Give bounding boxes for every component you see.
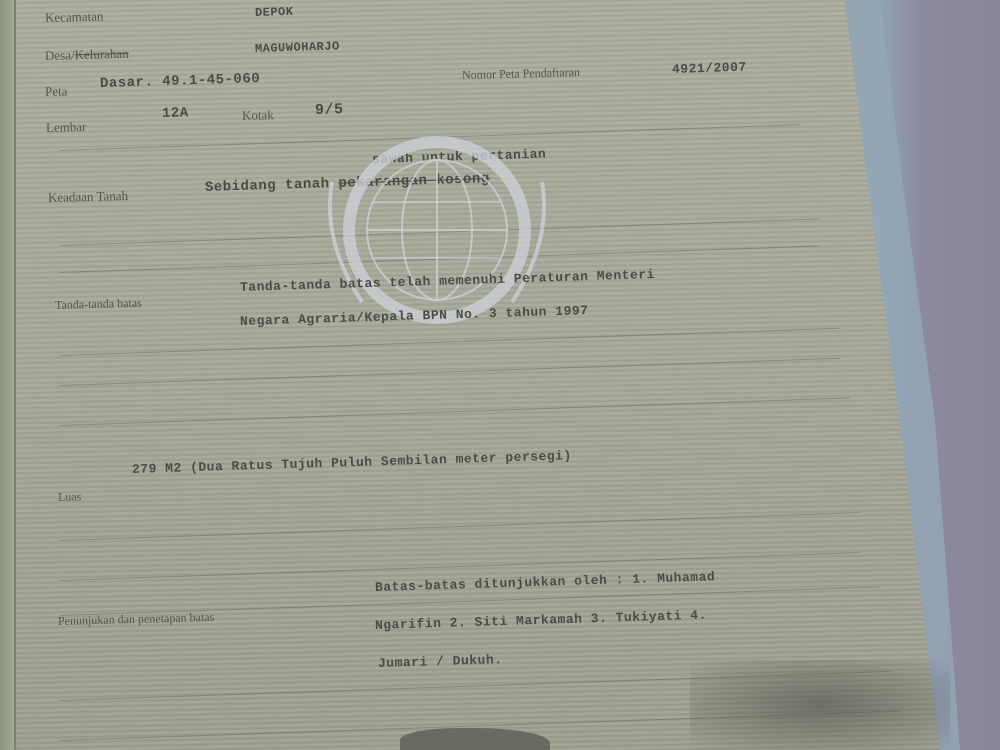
ink-blot	[400, 728, 550, 750]
kecamatan-value: DEPOK	[255, 5, 294, 20]
tanda-batas-label: Tanda-tanda batas	[55, 296, 142, 313]
desa-label-text: Desa/	[45, 47, 75, 63]
kelurahan-struck: Kelurahan	[74, 46, 129, 62]
kotak-label: Kotak	[242, 107, 274, 124]
lembar-label: Lembar	[46, 119, 87, 136]
shadow	[690, 660, 950, 750]
luas-label: Luas	[58, 489, 82, 505]
peta-label: Peta	[45, 83, 68, 100]
kotak-value: 9/5	[315, 101, 344, 119]
desa-label: Desa/Kelurahan	[45, 46, 129, 64]
nomor-peta-value: 4921/2007	[672, 60, 747, 77]
keadaan-tanah-label: Keadaan Tanah	[48, 188, 128, 206]
nomor-peta-label: Nomor Peta Pendaftaran	[462, 65, 580, 83]
paper-binding-edge	[0, 0, 16, 750]
document-paper	[0, 0, 1000, 750]
lembar-value: 12A	[162, 105, 189, 122]
kecamatan-label: Kecamatan	[45, 8, 104, 26]
desa-value: MAGUWOHARJO	[255, 39, 340, 56]
